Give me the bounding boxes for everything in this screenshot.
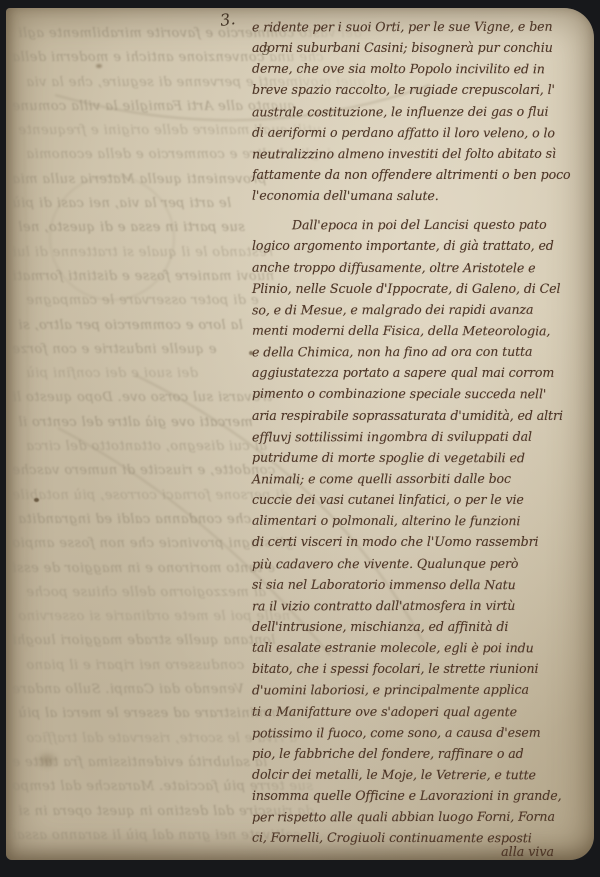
text-line: fattamente da non offendere altrimenti o… bbox=[252, 164, 592, 185]
text-line: Plinio, nelle Scuole d'Ippocrate, di Gal… bbox=[252, 278, 592, 299]
paragraph: Dall'epoca in poi del Lancisi questo pat… bbox=[252, 214, 592, 848]
recto-text: e ridente per i suoi Orti, per le sue Vi… bbox=[252, 16, 592, 848]
text-line: menti moderni della Fisica, della Meteor… bbox=[252, 320, 592, 342]
text-line: breve spazio raccolto, le rugiade crepus… bbox=[252, 79, 592, 100]
text-line: aggiustatezza portato a sapere qual mai … bbox=[252, 362, 592, 383]
catchword: alla viva bbox=[501, 844, 554, 859]
text-line: alimentari o polmonali, alterino le funz… bbox=[252, 510, 592, 532]
text-line: più cadavero che vivente. Qualunque però bbox=[252, 552, 592, 574]
text-line: effluvj sottilissimi ingombra di svilupp… bbox=[252, 425, 592, 447]
text-line: australe costituzione, le influenze dei … bbox=[252, 100, 592, 122]
text-line: e della Chimica, non ha fino ad ora con … bbox=[252, 341, 592, 363]
paragraph: e ridente per i suoi Orti, per le sue Vi… bbox=[252, 16, 592, 206]
text-line: di aeriformi o perdano affatto il loro v… bbox=[252, 121, 592, 143]
text-line: logico argomento importante, di già trat… bbox=[252, 235, 592, 256]
folio-number: 3. bbox=[219, 9, 237, 30]
text-line: potissimo il fuoco, come sono, a causa d… bbox=[252, 721, 592, 743]
text-line: bitato, che i spessi focolari, le strett… bbox=[252, 658, 592, 679]
text-line: adorni suburbani Casini; bisognerà pur c… bbox=[252, 37, 592, 58]
text-line: di certi visceri in modo che l'Uomo rass… bbox=[252, 531, 592, 552]
text-line: ra il vizio contratto dall'atmosfera in … bbox=[252, 594, 592, 616]
text-line: cuccie dei vasi cutanei linfatici, o per… bbox=[252, 489, 592, 510]
text-line: insomma quelle Officine e Lavorazioni in… bbox=[252, 785, 592, 806]
text-line: e ridente per i suoi Orti, per le sue Vi… bbox=[252, 16, 592, 38]
text-line: dolcir dei metalli, le Moje, le Vetrerie… bbox=[252, 764, 592, 786]
text-line: tali esalate estranie molecole, egli è p… bbox=[252, 637, 592, 659]
text-line: pio, le fabbriche del fondere, raffinare… bbox=[252, 743, 592, 764]
text-line: d'uomini laboriosi, e principalmente app… bbox=[252, 679, 592, 701]
text-line: anche troppo diffusamente, oltre Aristot… bbox=[252, 256, 592, 278]
text-line: Dall'epoca in poi del Lancisi questo pat… bbox=[252, 214, 592, 236]
text-line: si sia nel Laboratorio immenso della Nat… bbox=[252, 573, 592, 595]
text-line: neutralizzino almeno investiti del folto… bbox=[252, 142, 592, 164]
text-line: l'economia dell'umana salute. bbox=[252, 185, 592, 207]
text-line: pimento o combinazione speciale succeda … bbox=[252, 383, 592, 405]
text-line: derne, che ove sia molto Popolo incivili… bbox=[252, 58, 592, 80]
text-line: ti a Manifatture ove s'adoperi qual agen… bbox=[252, 700, 592, 722]
text-line: so, e di Mesue, e malgrado dei rapidi av… bbox=[252, 298, 592, 320]
text-line: Animali; e come quelli assorbiti dalle b… bbox=[252, 468, 592, 490]
text-line: putridume di morte spoglie di vegetabili… bbox=[252, 446, 592, 468]
text-line: per rispetto alle quali abbian luogo For… bbox=[252, 806, 592, 828]
text-line: aria respirabile soprassaturata d'umidit… bbox=[252, 405, 592, 426]
text-line: dell'intrusione, mischianza, ed affinità… bbox=[252, 616, 592, 637]
